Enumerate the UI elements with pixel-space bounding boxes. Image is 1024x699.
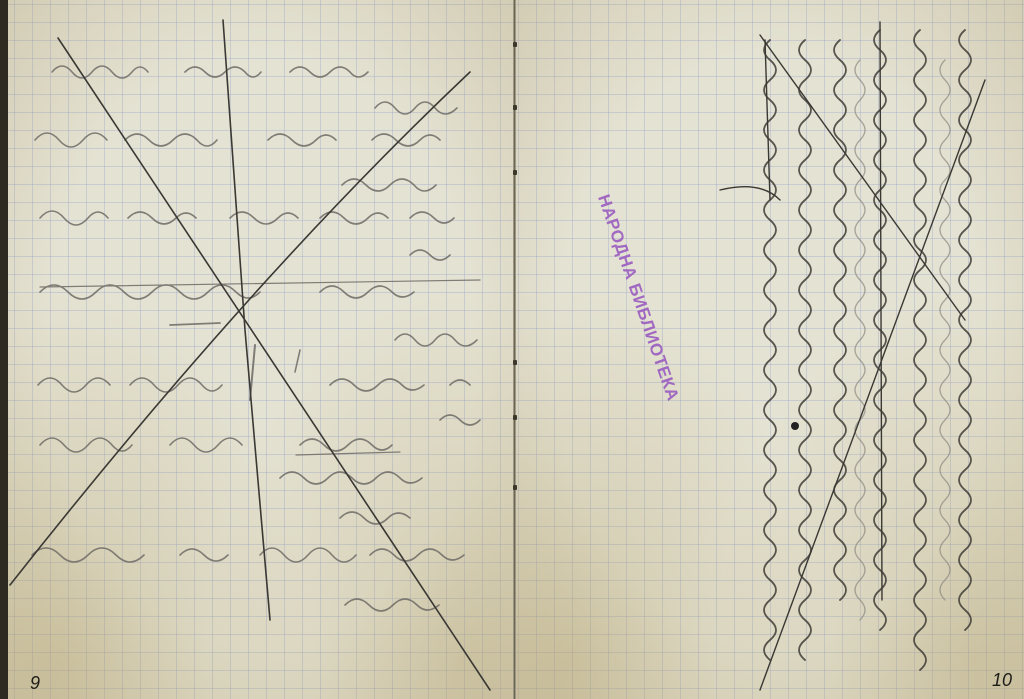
notebook-spread: НАРОДНА БИБЛИОТЕКА 9 10 [0,0,1024,699]
ink-blot [791,422,799,430]
right-page-handwriting [0,0,1024,699]
page-number-right: 10 [992,670,1012,691]
page-number-left: 9 [30,673,40,694]
